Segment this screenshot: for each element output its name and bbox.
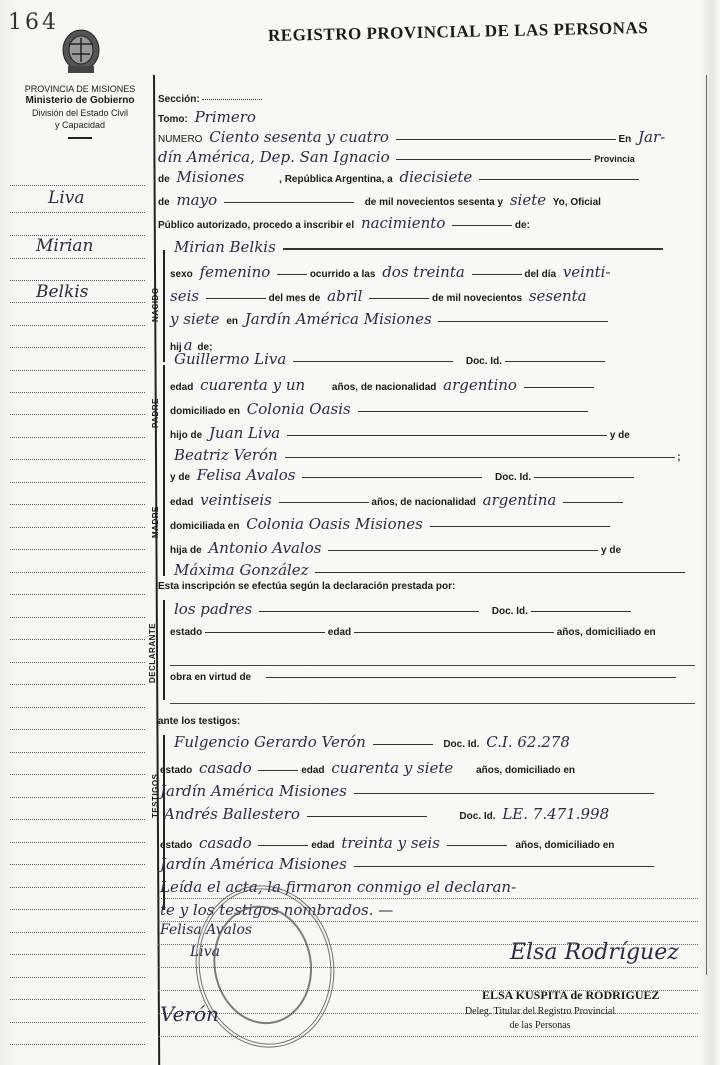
estado-label: estado [160, 765, 192, 776]
testigo-1-estado-row: estado casado edad cuarenta y siete años… [160, 759, 700, 777]
year-label: de mil novecientos sesenta y [365, 197, 503, 208]
edad-label: edad [311, 840, 334, 851]
section-bracket [163, 365, 165, 470]
padre-mother-value: Beatriz Verón [174, 446, 278, 464]
anios-domicilio-label: años, domiciliado en [476, 765, 575, 776]
tomo-row: Tomo: Primero [158, 108, 698, 126]
sexo-value: femenino [200, 263, 271, 281]
declarante-doc-field[interactable] [531, 611, 631, 612]
margin-rule [10, 1044, 145, 1045]
place-row: dín América, Dep. San Ignacio Provincia [158, 148, 698, 166]
margin-rule [10, 819, 145, 820]
month-value: mayo [176, 191, 217, 209]
place-value: dín América, Dep. San Ignacio [158, 148, 390, 166]
margin-rule [10, 662, 145, 663]
margin-rule [10, 302, 145, 303]
dia-value-cont: seis [170, 287, 199, 305]
declarante-obra-row: obra en virtud de [170, 672, 710, 683]
padre-hijo-row: hijo de Juan Liva y de [170, 424, 710, 442]
padre-name: Guillermo Liva [174, 350, 286, 368]
nacionalidad-label: años, de nacionalidad [371, 497, 475, 508]
margin-rule [10, 617, 145, 618]
sexo-row: sexo femenino ocurrido a las dos treinta… [170, 263, 710, 281]
hora-value: dos treinta [382, 263, 465, 281]
rule [328, 550, 598, 551]
margin-rule [10, 842, 145, 843]
margin-rule [10, 504, 145, 505]
publico-label: Público autorizado, procedo a inscribir … [158, 220, 354, 231]
birth-certificate-page: 164 PROVINCIA DE MISIONES Ministerio de … [0, 0, 720, 1065]
madre-madre-row: Máxima González [170, 561, 710, 579]
year-value: siete [510, 191, 546, 209]
margin-rule [10, 1022, 145, 1023]
testigo-doc-value: C.I. 62.278 [486, 733, 570, 751]
rule [354, 793, 654, 794]
margin-rule [10, 707, 145, 708]
rule [287, 435, 607, 436]
seccion-label: Sección: [158, 94, 200, 105]
madre-nacionalidad-value: argentina [483, 491, 557, 509]
margin-rule [10, 684, 145, 685]
testigo-domicilio-value: Jardín América Misiones [160, 855, 347, 873]
semicolon: ; [677, 452, 680, 463]
edad-label: edad [170, 497, 193, 508]
rule [206, 298, 266, 299]
margin-rule [10, 954, 145, 955]
mes-row: seis del mes de abril de mil novecientos… [170, 287, 710, 305]
rule [258, 770, 298, 771]
mes-label: del mes de [269, 293, 321, 304]
numero-value: Ciento sesenta y cuatro [209, 128, 389, 146]
declarante-estado-field[interactable] [205, 632, 325, 633]
de-label: de [158, 174, 170, 185]
section-label-padre: PADRE [151, 398, 160, 428]
rule [524, 387, 594, 388]
margin-rule [10, 864, 145, 865]
margin-second-name: Belkis [36, 282, 88, 302]
declarante-domicilio-field[interactable] [170, 665, 695, 666]
issuing-organization: PROVINCIA DE MISIONES Ministerio de Gobi… [10, 83, 150, 139]
margin-rule [10, 549, 145, 550]
margin-rule [10, 977, 145, 978]
seccion-row: Sección: [158, 94, 698, 105]
rule [438, 321, 608, 322]
rule [563, 502, 623, 503]
edad-label: edad [328, 627, 351, 638]
province-row: de Misiones , República Argentina, a die… [158, 168, 698, 186]
testigos-intro: ante los testigos: [158, 716, 698, 727]
domicilio-label: domiciliado en [170, 406, 240, 417]
testigo-1-name-row: Fulgencio Gerardo Verón Doc. Id. C.I. 62… [170, 733, 710, 751]
testigo-2-estado-row: estado casado edad treinta y seis años, … [160, 834, 700, 852]
ministry-label: Ministerio de Gobierno [10, 95, 150, 107]
anios-domicilio-label: años, domiciliado en [557, 627, 656, 638]
testigo-edad-value: cuarenta y siete [331, 759, 453, 777]
declarante-name: los padres [174, 600, 252, 618]
tomo-value: Primero [195, 108, 256, 126]
nacido-name: Mirian Belkis [174, 238, 276, 256]
rule [396, 139, 616, 140]
en-value: Jar- [638, 128, 665, 146]
provincial-crest-icon [60, 28, 102, 76]
rule [358, 411, 588, 412]
rule [283, 248, 663, 250]
margin-rule [10, 185, 145, 186]
numero-label: NUMERO [158, 134, 202, 145]
margin-rule [10, 392, 145, 393]
declarante-obra-field[interactable] [266, 677, 676, 678]
estado-label: estado [170, 627, 202, 638]
anios-domicilio-label: años, domiciliado en [515, 840, 614, 851]
padre-edad-value: cuarenta y un [200, 376, 305, 394]
republica-label: , República Argentina, a [279, 174, 393, 185]
y-de-label: y de [601, 545, 621, 556]
padre-doc-field[interactable] [505, 361, 605, 362]
divider [68, 137, 92, 139]
madre-name: Felisa Avalos [197, 466, 296, 484]
doc-label: Doc. Id. [492, 606, 528, 617]
folio-number: 164 [8, 10, 59, 35]
anio-label: de mil novecientos [432, 293, 522, 304]
rule [447, 845, 507, 846]
official-signature: Elsa Rodríguez [510, 940, 679, 965]
anio-value: sesenta [529, 287, 587, 305]
rule [170, 703, 695, 704]
madre-domicilio-value: Colonia Oasis Misiones [246, 515, 423, 533]
de-label: de: [515, 220, 530, 231]
rule [258, 845, 308, 846]
padre-edad-row: edad cuarenta y un años, de nacionalidad… [170, 376, 710, 394]
edad-label: edad [170, 382, 193, 393]
rule [354, 866, 654, 867]
rule [259, 611, 479, 612]
doc-label: Doc. Id. [459, 811, 495, 822]
section-label-declarante: DECLARANTE [148, 623, 157, 683]
padre-domicilio-value: Colonia Oasis [247, 400, 351, 418]
testigo-estado-value: casado [199, 759, 252, 777]
margin-rule [10, 370, 145, 371]
testigo-domicilio-value: Jardín América Misiones [160, 782, 347, 800]
official-role-line-1: Deleg. Titular del Registro Provincial [460, 1005, 620, 1019]
nacido-name-row: Mirian Belkis [170, 238, 695, 256]
rule [373, 744, 433, 745]
y-de-label: y de [170, 472, 190, 483]
division-label: División del Estado Civil [10, 107, 150, 119]
madre-doc-field[interactable] [534, 477, 634, 478]
act-type-value: nacimiento [361, 214, 445, 232]
official-role: Deleg. Titular del Registro Provincial d… [460, 1005, 620, 1033]
margin-rule [10, 527, 145, 528]
rule [369, 298, 429, 299]
tomo-label: Tomo: [158, 114, 188, 125]
de-label: de [158, 197, 170, 208]
testigo-edad-value: treinta y seis [341, 834, 440, 852]
doc-label: Doc. Id. [466, 356, 502, 367]
margin-rule [10, 258, 145, 259]
margin-rule [10, 797, 145, 798]
rule [285, 457, 675, 458]
rule [302, 477, 482, 478]
division-label-2: y Capacidad [10, 119, 150, 131]
nacionalidad-label: años, de nacionalidad [332, 382, 436, 393]
testigo-2-name-row: Andrés Ballestero Doc. Id. LE. 7.471.998 [160, 805, 700, 823]
madre-edad-row: edad veintiseis años, de nacionalidad ar… [170, 491, 710, 509]
rule [224, 202, 354, 203]
madre-mother-value: Máxima González [174, 561, 309, 579]
madre-hija-row: hija de Antonio Avalos y de [170, 539, 710, 557]
rule [479, 179, 639, 180]
ocurrido-label: ocurrido a las [310, 269, 376, 280]
madre-father-value: Antonio Avalos [208, 539, 321, 557]
mes-value: abril [327, 287, 362, 305]
dia-value: veinti- [563, 263, 611, 281]
obra-label: obra en virtud de [170, 672, 251, 683]
closing-line-1: Leída el acta, la firmaron conmigo el de… [160, 878, 516, 896]
rule [307, 816, 427, 817]
date-row: de mayo de mil novecientos sesenta y sie… [158, 191, 698, 209]
margin-rule [10, 909, 145, 910]
hijo-de-label: hijo de [170, 430, 202, 441]
testigo-2-dom-row: Jardín América Misiones [160, 855, 700, 873]
section-bracket [163, 250, 165, 362]
madre-edad-value: veintiseis [200, 491, 272, 509]
numero-row: NUMERO Ciento sesenta y cuatro En Jar- [158, 128, 698, 146]
provincia-label: Provincia [594, 154, 635, 164]
margin-rule [10, 325, 145, 326]
rule [472, 274, 522, 275]
madre-name-row: y de Felisa Avalos Doc. Id. [170, 466, 710, 484]
page-title: REGISTRO PROVINCIAL DE LAS PERSONAS [268, 18, 649, 46]
margin-rule [10, 437, 145, 438]
province-label: PROVINCIA DE MISIONES [10, 83, 150, 95]
testigo-name: Fulgencio Gerardo Verón [174, 733, 366, 751]
rule [396, 159, 591, 160]
hija-de-label: hija de [170, 545, 202, 556]
margin-first-name: Mirian [36, 236, 94, 256]
day-value: diecisiete [399, 168, 472, 186]
margin-rule [10, 639, 145, 640]
rule [293, 361, 453, 362]
margin-rule [10, 212, 145, 213]
padre-nacionalidad-value: argentino [443, 376, 517, 394]
padre-madre-row: Beatriz Verón ; [170, 446, 710, 464]
margin-rule [10, 752, 145, 753]
lugar-row: y siete en Jardín América Misiones [170, 310, 710, 328]
y-de-label: y de [610, 430, 630, 441]
margin-rule [10, 347, 145, 348]
margin-rule [10, 932, 145, 933]
declarante-edad-field[interactable] [354, 632, 554, 633]
rule [430, 526, 610, 527]
section-label-nacido: NACIDO [151, 287, 160, 322]
section-label-madre: MADRE [151, 506, 160, 538]
testigo-name: Andrés Ballestero [164, 805, 300, 823]
margin-rule [10, 887, 145, 888]
anio-value-cont: y siete [170, 310, 220, 328]
margin-rule [10, 280, 145, 281]
margin-rule [10, 729, 145, 730]
en-label: en [226, 316, 238, 327]
padre-name-row: Guillermo Liva Doc. Id. [170, 350, 710, 368]
margin-rule [10, 999, 145, 1000]
oficial-label: Yo, Oficial [553, 197, 601, 208]
margin-rule [10, 594, 145, 595]
testigo-estado-value: casado [199, 834, 252, 852]
dia-label: del día [524, 269, 556, 280]
official-name: ELSA KUSPITA de RODRIGUEZ [482, 988, 660, 1003]
domicilio-label: domiciliada en [170, 521, 239, 532]
rule [277, 274, 307, 275]
doc-label: Doc. Id. [495, 472, 531, 483]
doc-label: Doc. Id. [443, 739, 479, 750]
margin-rule [10, 414, 145, 415]
provincia-value: Misiones [176, 168, 244, 186]
rule [279, 502, 369, 503]
padre-father-value: Juan Liva [209, 424, 280, 442]
seccion-field[interactable] [202, 99, 262, 100]
testigo-1-dom-row: Jardín América Misiones [160, 782, 700, 800]
lugar-value: Jardín América Misiones [245, 310, 432, 328]
declarante-intro: Esta inscripción se efectúa según la dec… [158, 581, 698, 592]
margin-rule [10, 459, 145, 460]
rule [315, 572, 685, 573]
section-bracket [163, 470, 165, 576]
rule [452, 225, 512, 226]
padre-dom-row: domiciliado en Colonia Oasis [170, 400, 710, 418]
margin-rule [10, 774, 145, 775]
sexo-label: sexo [170, 269, 193, 280]
official-role-line-2: de las Personas [460, 1019, 620, 1033]
en-label: En [618, 134, 631, 145]
declarante-name-row: los padres Doc. Id. [170, 600, 710, 618]
section-label-testigos: TESTIGOS [151, 774, 160, 818]
testigo-doc-value: LE. 7.471.998 [502, 805, 609, 823]
madre-dom-row: domiciliada en Colonia Oasis Misiones [170, 515, 710, 533]
act-row: Público autorizado, procedo a inscribir … [158, 214, 698, 232]
section-bracket [163, 600, 165, 700]
estado-label: estado [160, 840, 192, 851]
margin-surname: Liva [48, 188, 84, 208]
edad-label: edad [301, 765, 324, 776]
declarante-estado-row: estado edad años, domiciliado en [170, 627, 710, 638]
margin-rule [10, 482, 145, 483]
margin-rule [10, 572, 145, 573]
